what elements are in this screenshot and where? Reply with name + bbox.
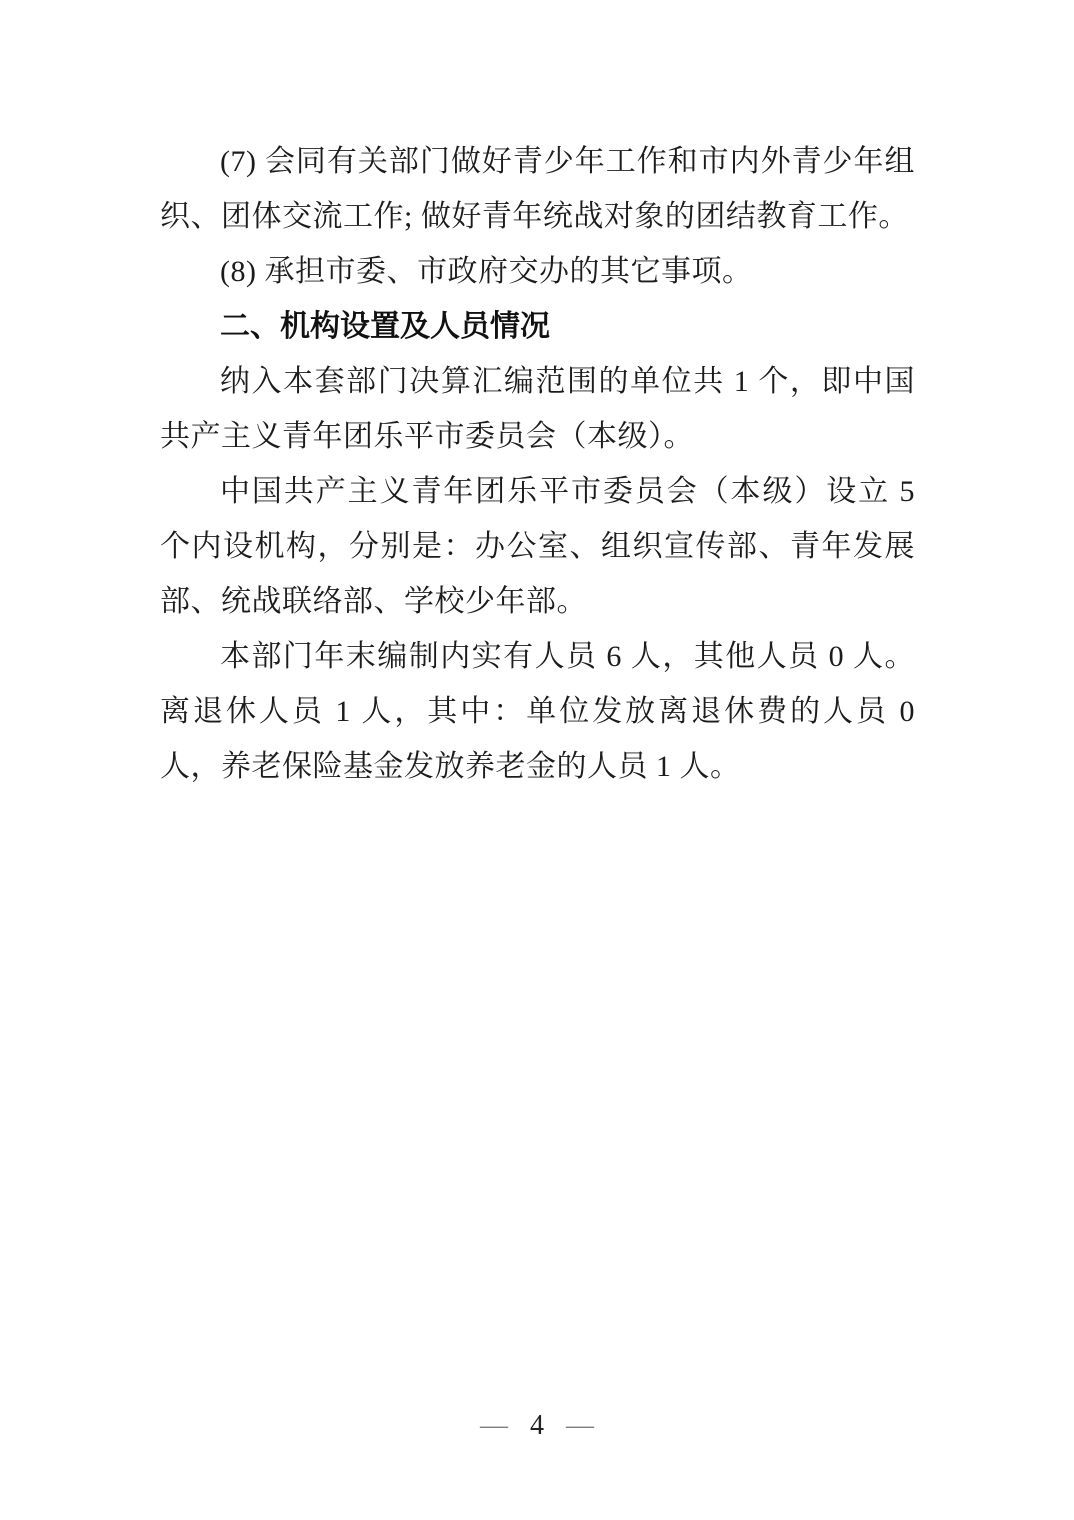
paragraph-units-scope: 纳入本套部门决算汇编范围的单位共 1 个，即中国共产主义青年团乐平市委员会（本级… (160, 354, 915, 464)
footer-dash-right: — (566, 1410, 594, 1441)
paragraph-staffing: 本部门年末编制内实有人员 6 人，其他人员 0 人。离退休人员 1 人，其中：单… (160, 629, 915, 794)
paragraph-item-8: (8) 承担市委、市政府交办的其它事项。 (160, 244, 915, 299)
footer-dash-left: — (480, 1410, 508, 1441)
paragraph-item-7: (7) 会同有关部门做好青少年工作和市内外青少年组织、团体交流工作; 做好青年统… (160, 134, 915, 244)
document-page: (7) 会同有关部门做好青少年工作和市内外青少年组织、团体交流工作; 做好青年统… (0, 0, 1074, 1520)
page-footer: —4— (0, 1398, 1074, 1453)
document-body: (7) 会同有关部门做好青少年工作和市内外青少年组织、团体交流工作; 做好青年统… (160, 134, 915, 794)
page-number: 4 (530, 1410, 544, 1441)
paragraph-internal-orgs: 中国共产主义青年团乐平市委员会（本级）设立 5 个内设机构，分别是：办公室、组织… (160, 464, 915, 629)
section-heading: 二、机构设置及人员情况 (160, 299, 915, 354)
